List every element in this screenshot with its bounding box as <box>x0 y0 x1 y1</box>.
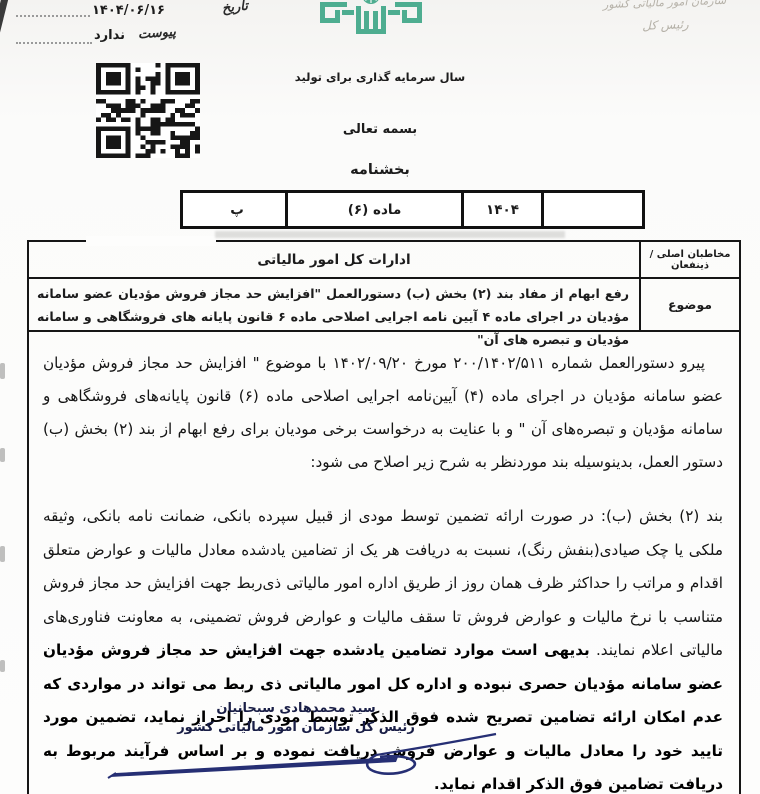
scan-edge-mark <box>0 448 5 462</box>
subject-row: موضوع رفع ابهام از مفاد بند (۲) بخش (ب) … <box>29 279 739 332</box>
letterhead-org-text: سازمان امور مالیاتی کشور رئیس کل <box>574 0 755 35</box>
attachment-label: پیوست <box>138 25 177 43</box>
audience-value: ادارات کل امور مالیاتی <box>29 242 639 277</box>
circular-document: { "header": { "date_label": "تاریخ", "da… <box>0 0 760 794</box>
audience-label: مخاطبان اصلی / ذینفعان <box>639 242 739 277</box>
class-cell-letter: پ <box>189 193 285 226</box>
class-cell-article: ماده (۶) <box>285 193 461 226</box>
clause-normal-text: بند (۲) بخش (ب): در صورت ارائه تضمین توس… <box>43 507 723 659</box>
scan-white-patch <box>86 236 216 246</box>
classification-table: ۱۴۰۴ ماده (۶) پ <box>180 190 645 229</box>
document-type-title: بخشنامه <box>0 162 760 178</box>
org-name: سازمان امور مالیاتی کشور <box>574 0 754 12</box>
subject-label: موضوع <box>639 279 739 330</box>
scan-corner-artifact <box>0 0 10 42</box>
org-head-title: رئیس کل <box>575 15 755 35</box>
audience-row: مخاطبان اصلی / ذینفعان ادارات کل امور ما… <box>29 242 739 279</box>
attachment-fill-line <box>16 42 92 44</box>
paragraph-intro: پیرو دستورالعمل شماره ۲۰۰/۱۴۰۲/۵۱۱ مورخ … <box>43 347 723 479</box>
signer-name: سید محمدهادی سبحانیان <box>168 701 424 716</box>
tax-administration-logo <box>312 0 430 44</box>
scan-edge-mark <box>0 546 5 562</box>
class-cell-year: ۱۴۰۴ <box>461 193 541 226</box>
scan-edge-mark <box>0 660 5 672</box>
subject-value: رفع ابهام از مفاد بند (۲) بخش (ب) دستورا… <box>29 279 639 330</box>
year-slogan: سال سرمایه گذاری برای تولید <box>0 70 760 84</box>
date-value: ۱۴۰۴/۰۶/۱۶ <box>92 3 165 18</box>
class-cell-empty <box>541 193 642 226</box>
handwritten-signature <box>96 726 516 788</box>
date-fill-line <box>16 15 90 17</box>
date-label: تاریخ <box>221 0 248 16</box>
scan-gray-smear <box>215 231 565 238</box>
attachment-value: ندارد <box>94 28 125 43</box>
bismillah: بسمه تعالی <box>0 122 760 137</box>
scan-edge-mark <box>0 363 5 379</box>
